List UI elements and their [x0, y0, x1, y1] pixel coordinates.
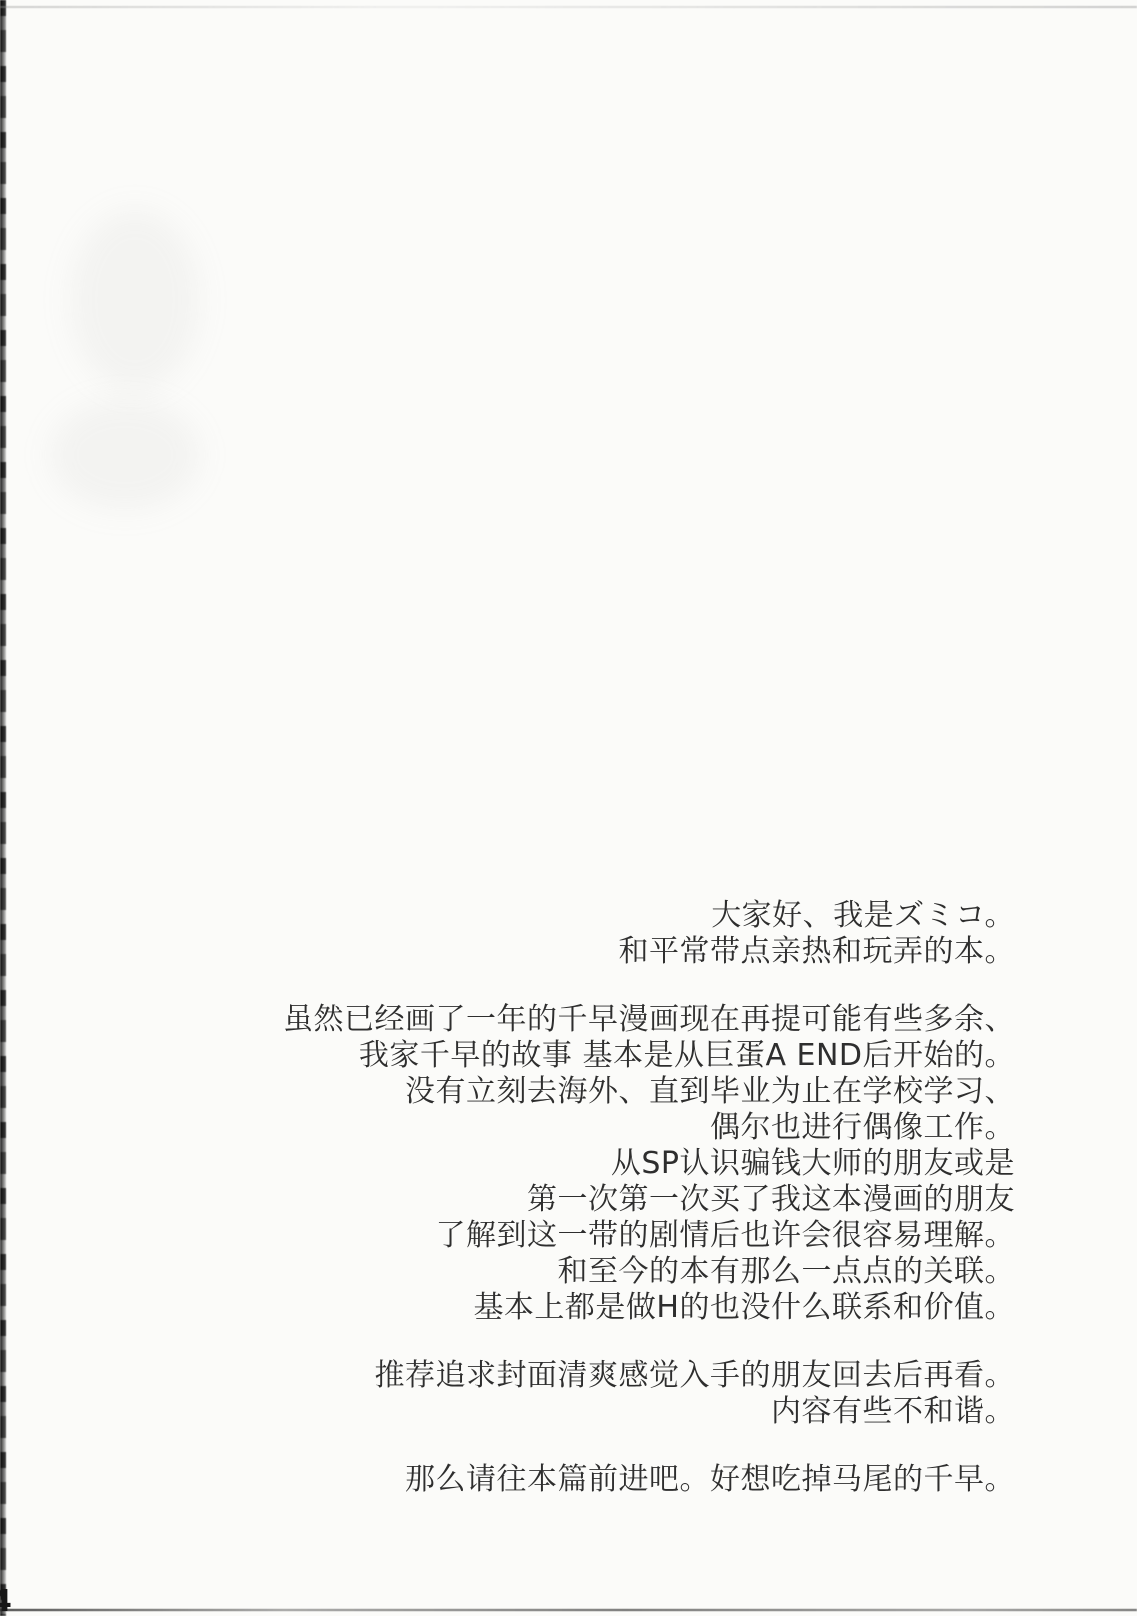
afterword-line: 第一次第一次买了我这本漫画的朋友	[40, 1182, 1015, 1218]
afterword-line: 推荐追求封面清爽感觉入手的朋友回去后再看。	[40, 1358, 1015, 1394]
afterword-line: 虽然已经画了一年的千早漫画现在再提可能有些多余、	[40, 1002, 1015, 1038]
page-number: 4	[0, 1584, 12, 1616]
paper-smudge	[50, 400, 200, 510]
afterword-line: 和至今的本有那么一点点的关联。	[40, 1254, 1015, 1290]
afterword-paragraph: 大家好、我是ズミコ。 和平常带点亲热和玩弄的本。	[40, 898, 1015, 970]
afterword-line: 那么请往本篇前进吧。好想吃掉马尾的千早。	[40, 1462, 1015, 1498]
paper-smudge	[70, 210, 200, 390]
afterword-paragraph: 推荐追求封面清爽感觉入手的朋友回去后再看。 内容有些不和谐。	[40, 1358, 1015, 1430]
scan-edge-left	[0, 0, 6, 1616]
scan-edge-bottom	[0, 1609, 1137, 1611]
afterword-line: 内容有些不和谐。	[40, 1394, 1015, 1430]
afterword-line: 基本上都是做H的也没什么联系和价值。	[40, 1290, 1015, 1326]
afterword-paragraph: 虽然已经画了一年的千早漫画现在再提可能有些多余、 我家千早的故事 基本是从巨蛋A…	[40, 1002, 1015, 1326]
afterword-paragraph: 那么请往本篇前进吧。好想吃掉马尾的千早。	[40, 1462, 1015, 1498]
scan-edge-top	[0, 6, 1137, 8]
afterword-line: 偶尔也进行偶像工作。	[40, 1110, 1015, 1146]
afterword-line: 从SP认识骗钱大师的朋友或是	[40, 1146, 1015, 1182]
afterword-line: 大家好、我是ズミコ。	[40, 898, 1015, 934]
afterword-line: 和平常带点亲热和玩弄的本。	[40, 934, 1015, 970]
scanned-page: 4 大家好、我是ズミコ。 和平常带点亲热和玩弄的本。 虽然已经画了一年的千早漫画…	[0, 0, 1137, 1616]
afterword-line: 了解到这一带的剧情后也许会很容易理解。	[40, 1218, 1015, 1254]
afterword-line: 没有立刻去海外、直到毕业为止在学校学习、	[40, 1074, 1015, 1110]
afterword-line: 我家千早的故事 基本是从巨蛋A END后开始的。	[40, 1038, 1015, 1074]
afterword-text-block: 大家好、我是ズミコ。 和平常带点亲热和玩弄的本。 虽然已经画了一年的千早漫画现在…	[40, 898, 1015, 1498]
